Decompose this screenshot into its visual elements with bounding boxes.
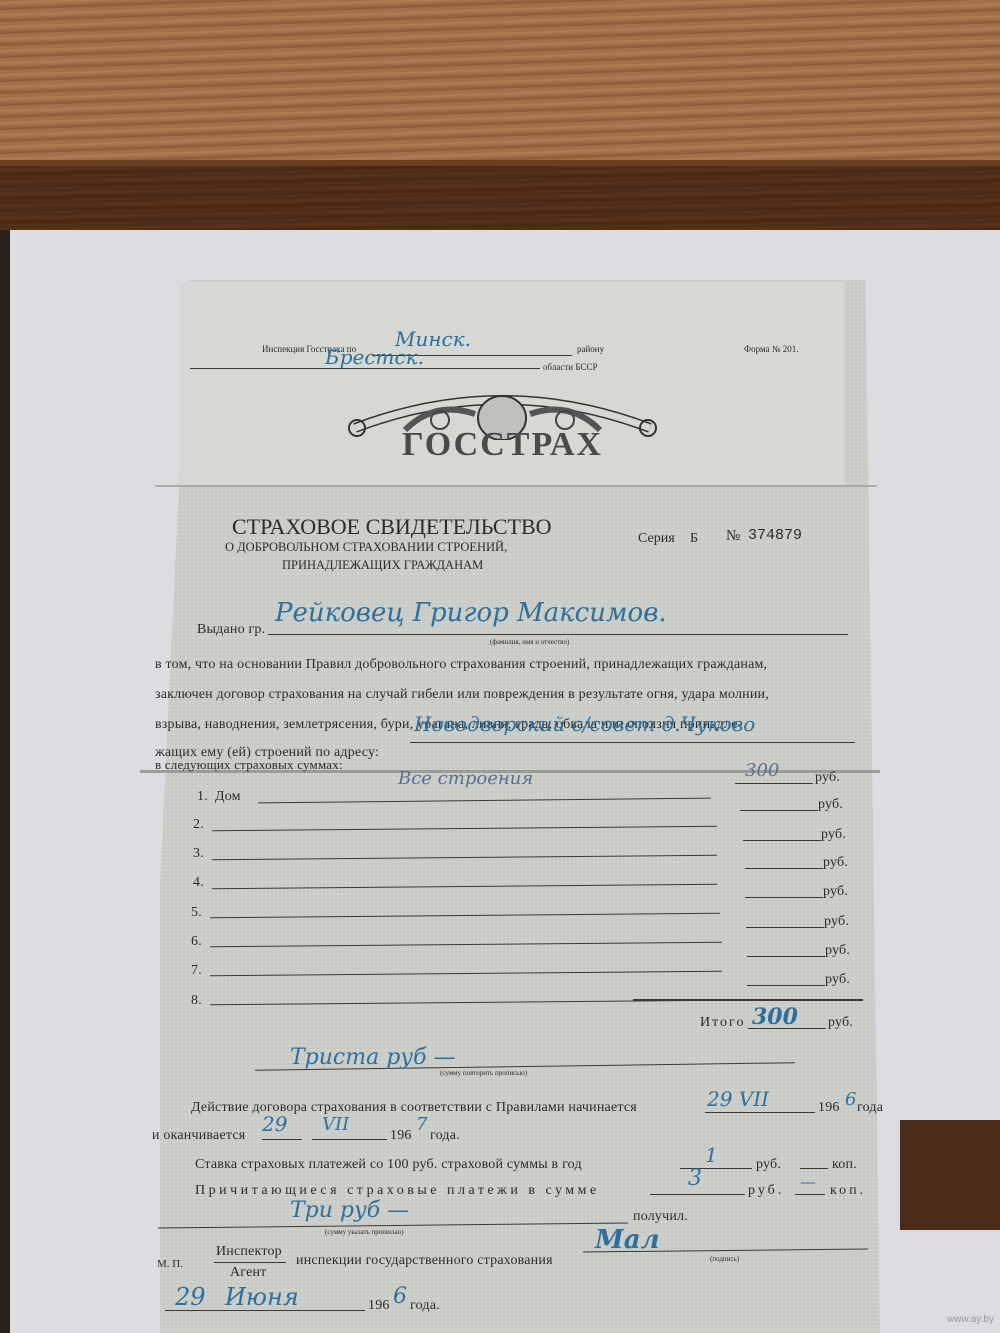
address-value: Новодворский с/совет д.Чуково — [414, 712, 755, 736]
item-1-label: Дом — [215, 789, 241, 805]
item-4-unit: руб. — [823, 855, 848, 871]
item-8-unit: руб. — [825, 972, 850, 988]
region-suffix: области БССР — [543, 362, 597, 372]
item-7-num: 7. — [191, 963, 202, 979]
role-inspector: Инспектор — [216, 1244, 282, 1260]
item-6-num: 6. — [191, 934, 202, 950]
total-label: Итого — [700, 1015, 745, 1031]
signature-hint: (подпись) — [710, 1255, 739, 1263]
body-line-1: в том, что на основании Правил доброволь… — [155, 657, 767, 673]
item-1-num: 1. — [197, 789, 208, 805]
payment-words-hint: (сумму указать прописью) — [325, 1228, 404, 1236]
start-year-digit: 6 — [845, 1089, 856, 1110]
name-hint: (фамилия, имя и отчество) — [490, 638, 569, 646]
issue-month: Июня — [225, 1283, 299, 1311]
rate-rub-label: руб. — [756, 1157, 781, 1173]
sum-in-words: Триста руб — — [290, 1045, 455, 1070]
document-subtitle-1: О ДОБРОВОЛЬНОМ СТРАХОВАНИИ СТРОЕНИЙ, — [225, 540, 507, 555]
item-1-amount-line — [735, 783, 813, 784]
issue-year-suffix: года. — [410, 1298, 440, 1314]
region-value: Брестск. — [325, 345, 424, 369]
item-3-num: 3. — [193, 846, 204, 862]
org-text: инспекции государственного страхования — [296, 1253, 553, 1269]
end-day: 29 — [262, 1112, 287, 1136]
start-year-suffix: года — [857, 1100, 883, 1116]
item-1-desc: Все строения — [398, 768, 533, 789]
item-5-unit: руб. — [823, 884, 848, 900]
total-value: 300 — [752, 1004, 798, 1030]
holder-name: Рейковец Григор Максимов. — [275, 598, 667, 628]
role-agent: Агент — [230, 1265, 267, 1281]
rate-kop-line — [800, 1168, 828, 1169]
end-month: VII — [322, 1114, 349, 1135]
issued-label: Выдано гр. — [197, 622, 265, 638]
item-4-amount-line — [745, 868, 823, 869]
end-year-digit: 7 — [416, 1114, 427, 1135]
end-year-suffix: года. — [430, 1128, 460, 1144]
rate-rub-value: 1 — [705, 1143, 718, 1167]
start-date-line — [705, 1112, 815, 1113]
document-title: СТРАХОВОЕ СВИДЕТЕЛЬСТВО — [232, 514, 552, 540]
payment-kop-value: — — [800, 1172, 816, 1191]
period-start-text: Действие договора страхования в соответс… — [191, 1100, 637, 1116]
body-line-5: в следующих страховых суммах: — [155, 757, 343, 773]
item-1-amount: 300 — [745, 760, 779, 781]
issue-year-prefix: 196 — [368, 1298, 390, 1314]
emblem-title: ГОССТРАХ — [345, 426, 660, 464]
address-line — [410, 742, 855, 743]
item-8-amount-line — [747, 985, 825, 986]
payment-text: Причитающиеся страховые платежи в сумме — [195, 1183, 600, 1199]
item-5-num: 5. — [191, 905, 202, 921]
item-8-num: 8. — [191, 993, 202, 1009]
start-year-prefix: 196 — [818, 1100, 840, 1116]
total-separator — [633, 999, 863, 1001]
rate-kop-label: коп. — [832, 1157, 857, 1173]
item-5-amount-line — [745, 897, 823, 898]
stamp-label: М. П. — [157, 1258, 183, 1270]
payment-words: Три руб — — [290, 1198, 409, 1223]
item-2-num: 2. — [193, 817, 204, 833]
wooden-shelf-top — [0, 0, 1000, 168]
gosstrakh-emblem: ГОССТРАХ — [345, 380, 660, 480]
item-1-unit: руб. — [815, 770, 840, 786]
item-2-amount-line — [740, 810, 818, 811]
payment-rub-value: 3 — [688, 1166, 702, 1191]
total-unit: руб. — [828, 1015, 853, 1031]
period-end-text: и оканчивается — [152, 1128, 245, 1144]
role-divider — [214, 1262, 286, 1263]
end-month-line — [312, 1139, 387, 1140]
end-year-prefix: 196 — [390, 1128, 412, 1144]
item-3-unit: руб. — [821, 827, 846, 843]
certificate-number: 374879 — [748, 527, 802, 544]
district-suffix: району — [577, 344, 604, 354]
series-value: Б — [690, 531, 698, 547]
start-date: 29 VII — [707, 1087, 769, 1111]
item-2-unit: руб. — [818, 797, 843, 813]
number-label: № — [726, 528, 740, 545]
payment-kop-line — [795, 1194, 825, 1195]
payment-rub-label: руб. — [748, 1183, 784, 1199]
payment-kop-label: коп. — [830, 1183, 866, 1199]
received-label: получил. — [633, 1209, 688, 1225]
issue-year-digit: 6 — [393, 1284, 407, 1309]
form-number: Форма № 201. — [744, 344, 798, 354]
drawer-edge — [900, 1120, 1000, 1230]
name-line — [268, 634, 848, 635]
sum-words-hint: (сумму повторить прописью) — [440, 1069, 527, 1077]
end-day-line — [262, 1139, 302, 1140]
item-7-amount-line — [747, 956, 825, 957]
paper-fold-top — [155, 485, 877, 487]
issue-day: 29 — [175, 1283, 206, 1311]
inspector-signature: Мал — [595, 1225, 660, 1255]
rate-text: Ставка страховых платежей со 100 руб. ст… — [195, 1157, 582, 1173]
item-7-unit: руб. — [825, 943, 850, 959]
site-watermark: www.ay.by — [947, 1314, 994, 1325]
payment-rub-line — [650, 1194, 745, 1195]
item-6-amount-line — [746, 927, 824, 928]
document-subtitle-2: ПРИНАДЛЕЖАЩИХ ГРАЖДАНАМ — [282, 558, 483, 573]
item-6-unit: руб. — [824, 914, 849, 930]
series-label: Серия — [638, 531, 675, 547]
body-line-2: заключен договор страхования на случай г… — [155, 687, 769, 703]
item-3-amount-line — [743, 840, 821, 841]
item-4-num: 4. — [193, 875, 204, 891]
